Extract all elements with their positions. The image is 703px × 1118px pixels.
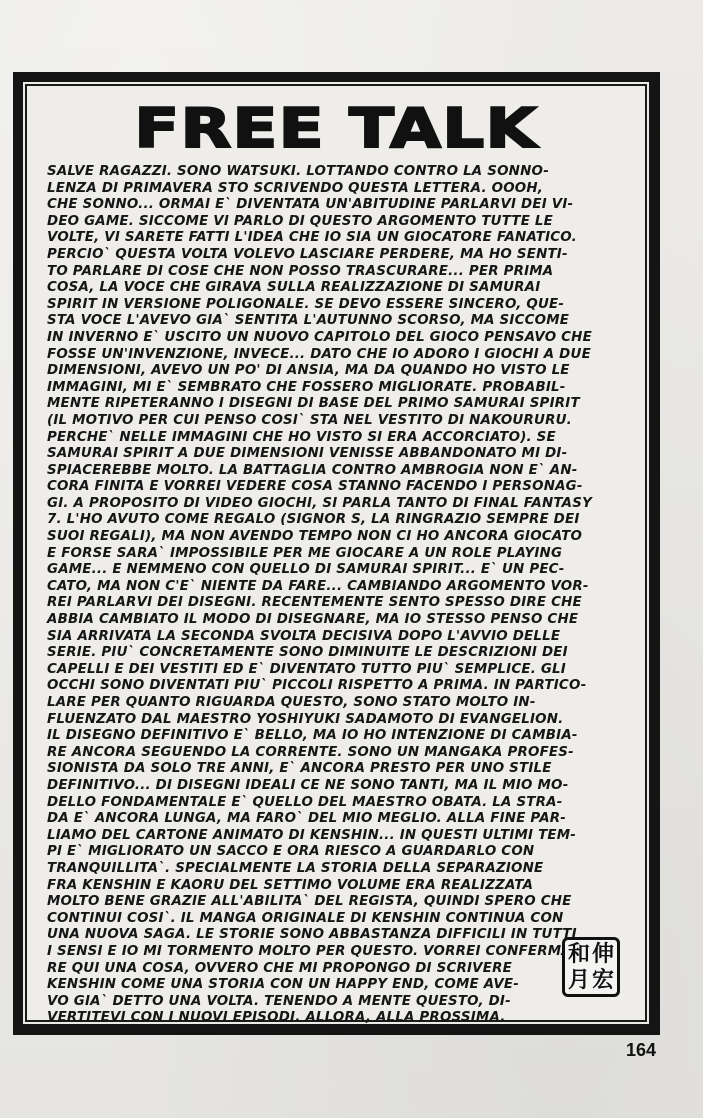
text-line: DEO GAME. SICCOME VI PARLO DI QUESTO ARG…	[47, 214, 621, 231]
text-line: CONTINUI COSI`. IL MANGA ORIGINALE DI KE…	[47, 911, 621, 928]
text-line: UNA NUOVA SAGA. LE STORIE SONO ABBASTANZ…	[47, 927, 621, 944]
text-line: SALVE RAGAZZI. SONO WATSUKI. LOTTANDO CO…	[47, 164, 621, 181]
text-line: PERCIO` QUESTA VOLTA VOLEVO LASCIARE PER…	[47, 247, 621, 264]
text-line: MOLTO BENE GRAZIE ALL'ABILITA` DEL REGIS…	[47, 894, 621, 911]
text-line: FOSSE UN'INVENZIONE, INVECE... DATO CHE …	[47, 347, 621, 364]
text-line: MENTE RIPETERANNO I DISEGNI DI BASE DEL …	[47, 396, 621, 413]
text-line: COSA, LA VOCE CHE GIRAVA SULLA REALIZZAZ…	[47, 280, 621, 297]
text-line: RE QUI UNA COSA, OVVERO CHE MI PROPONGO …	[47, 961, 547, 978]
text-line: DA E` ANCORA LUNGA, MA FARO` DEL MIO MEG…	[47, 811, 621, 828]
text-line: SIA ARRIVATA LA SECONDA SVOLTA DECISIVA …	[47, 629, 621, 646]
text-line: I SENSI E IO MI TORMENTO MOLTO PER QUEST…	[47, 944, 621, 961]
text-line: CORA FINITA E VORREI VEDERE COSA STANNO …	[47, 479, 621, 496]
page-title: FREE TALK	[0, 102, 703, 156]
seal-char: 和	[567, 942, 591, 968]
page-number: 164	[626, 1040, 656, 1061]
text-line: (IL MOTIVO PER CUI PENSO COSI` STA NEL V…	[47, 413, 621, 430]
text-line: VO GIA` DETTO UNA VOLTA. TENENDO A MENTE…	[47, 994, 547, 1011]
free-talk-body: SALVE RAGAZZI. SONO WATSUKI. LOTTANDO CO…	[47, 164, 621, 1027]
seal-char: 月	[567, 968, 591, 994]
text-line: PERCHE` NELLE IMMAGINI CHE HO VISTO SI E…	[47, 430, 621, 447]
author-seal: 和 伸 月 宏	[562, 937, 620, 997]
text-line: 7. L'HO AVUTO COME REGALO (SIGNOR S, LA …	[47, 512, 621, 529]
text-line: OCCHI SONO DIVENTATI PIU` PICCOLI RISPET…	[47, 678, 621, 695]
text-line: SUOI REGALI), MA NON AVENDO TEMPO NON CI…	[47, 529, 621, 546]
text-line: SPIACEREBBE MOLTO. LA BATTAGLIA CONTRO A…	[47, 463, 621, 480]
text-line: REI PARLARVI DEI DISEGNI. RECENTEMENTE S…	[47, 595, 621, 612]
frame-gap: FREE TALK SALVE RAGAZZI. SONO WATSUKI. L…	[23, 82, 649, 1024]
text-line: CATO, MA NON C'E` NIENTE DA FARE... CAMB…	[47, 579, 621, 596]
text-line: IL DISEGNO DEFINITIVO E` BELLO, MA IO HO…	[47, 728, 621, 745]
text-line: E FORSE SARA` IMPOSSIBILE PER ME GIOCARE…	[47, 546, 621, 563]
text-line: VERTITEVI CON I NUOVI EPISODI. ALLORA, A…	[47, 1010, 547, 1027]
text-line: GI. A PROPOSITO DI VIDEO GIOCHI, SI PARL…	[47, 496, 621, 513]
seal-char: 宏	[591, 968, 615, 994]
text-line: CAPELLI E DEI VESTITI ED E` DIVENTATO TU…	[47, 662, 621, 679]
text-line: DELLO FONDAMENTALE E` QUELLO DEL MAESTRO…	[47, 795, 621, 812]
text-line: RE ANCORA SEGUENDO LA CORRENTE. SONO UN …	[47, 745, 621, 762]
text-line: SIONISTA DA SOLO TRE ANNI, E` ANCORA PRE…	[47, 761, 621, 778]
text-line: LIAMO DEL CARTONE ANIMATO DI KENSHIN... …	[47, 828, 621, 845]
text-line: FRA KENSHIN E KAORU DEL SETTIMO VOLUME E…	[47, 878, 621, 895]
text-line: TO PARLARE DI COSE CHE NON POSSO TRASCUR…	[47, 264, 621, 281]
seal-char: 伸	[591, 942, 615, 968]
text-line: PI E` MIGLIORATO UN SACCO E ORA RIESCO A…	[47, 844, 621, 861]
text-line: SAMURAI SPIRIT A DUE DIMENSIONI VENISSE …	[47, 446, 621, 463]
text-line: DIMENSIONI, AVEVO UN PO' DI ANSIA, MA DA…	[47, 363, 621, 380]
text-line: GAME... E NEMMENO CON QUELLO DI SAMURAI …	[47, 562, 621, 579]
text-line: CHE SONNO... ORMAI E` DIVENTATA UN'ABITU…	[47, 197, 621, 214]
text-line: IMMAGINI, MI E` SEMBRATO CHE FOSSERO MIG…	[47, 380, 621, 397]
text-line: ABBIA CAMBIATO IL MODO DI DISEGNARE, MA …	[47, 612, 621, 629]
text-line: TRANQUILLITA`. SPECIALMENTE LA STORIA DE…	[47, 861, 621, 878]
text-line: STA VOCE L'AVEVO GIA` SENTITA L'AUTUNNO …	[47, 313, 621, 330]
free-talk-inner-border: FREE TALK SALVE RAGAZZI. SONO WATSUKI. L…	[25, 84, 647, 1022]
text-line: LARE PER QUANTO RIGUARDA QUESTO, SONO ST…	[47, 695, 621, 712]
free-talk-box: FREE TALK SALVE RAGAZZI. SONO WATSUKI. L…	[13, 72, 660, 1035]
text-line: IN INVERNO E` USCITO UN NUOVO CAPITOLO D…	[47, 330, 621, 347]
text-line: SPIRIT IN VERSIONE POLIGONALE. SE DEVO E…	[47, 297, 621, 314]
text-line: KENSHIN COME UNA STORIA CON UN HAPPY END…	[47, 977, 547, 994]
text-line: LENZA DI PRIMAVERA STO SCRIVENDO QUESTA …	[47, 181, 621, 198]
text-line: DEFINITIVO... DI DISEGNI IDEALI CE NE SO…	[47, 778, 621, 795]
text-line: VOLTE, VI SARETE FATTI L'IDEA CHE IO SIA…	[47, 230, 621, 247]
text-line: FLUENZATO DAL MAESTRO YOSHIYUKI SADAMOTO…	[47, 712, 621, 729]
text-line: SERIE. PIU` CONCRETAMENTE SONO DIMINUITE…	[47, 645, 621, 662]
